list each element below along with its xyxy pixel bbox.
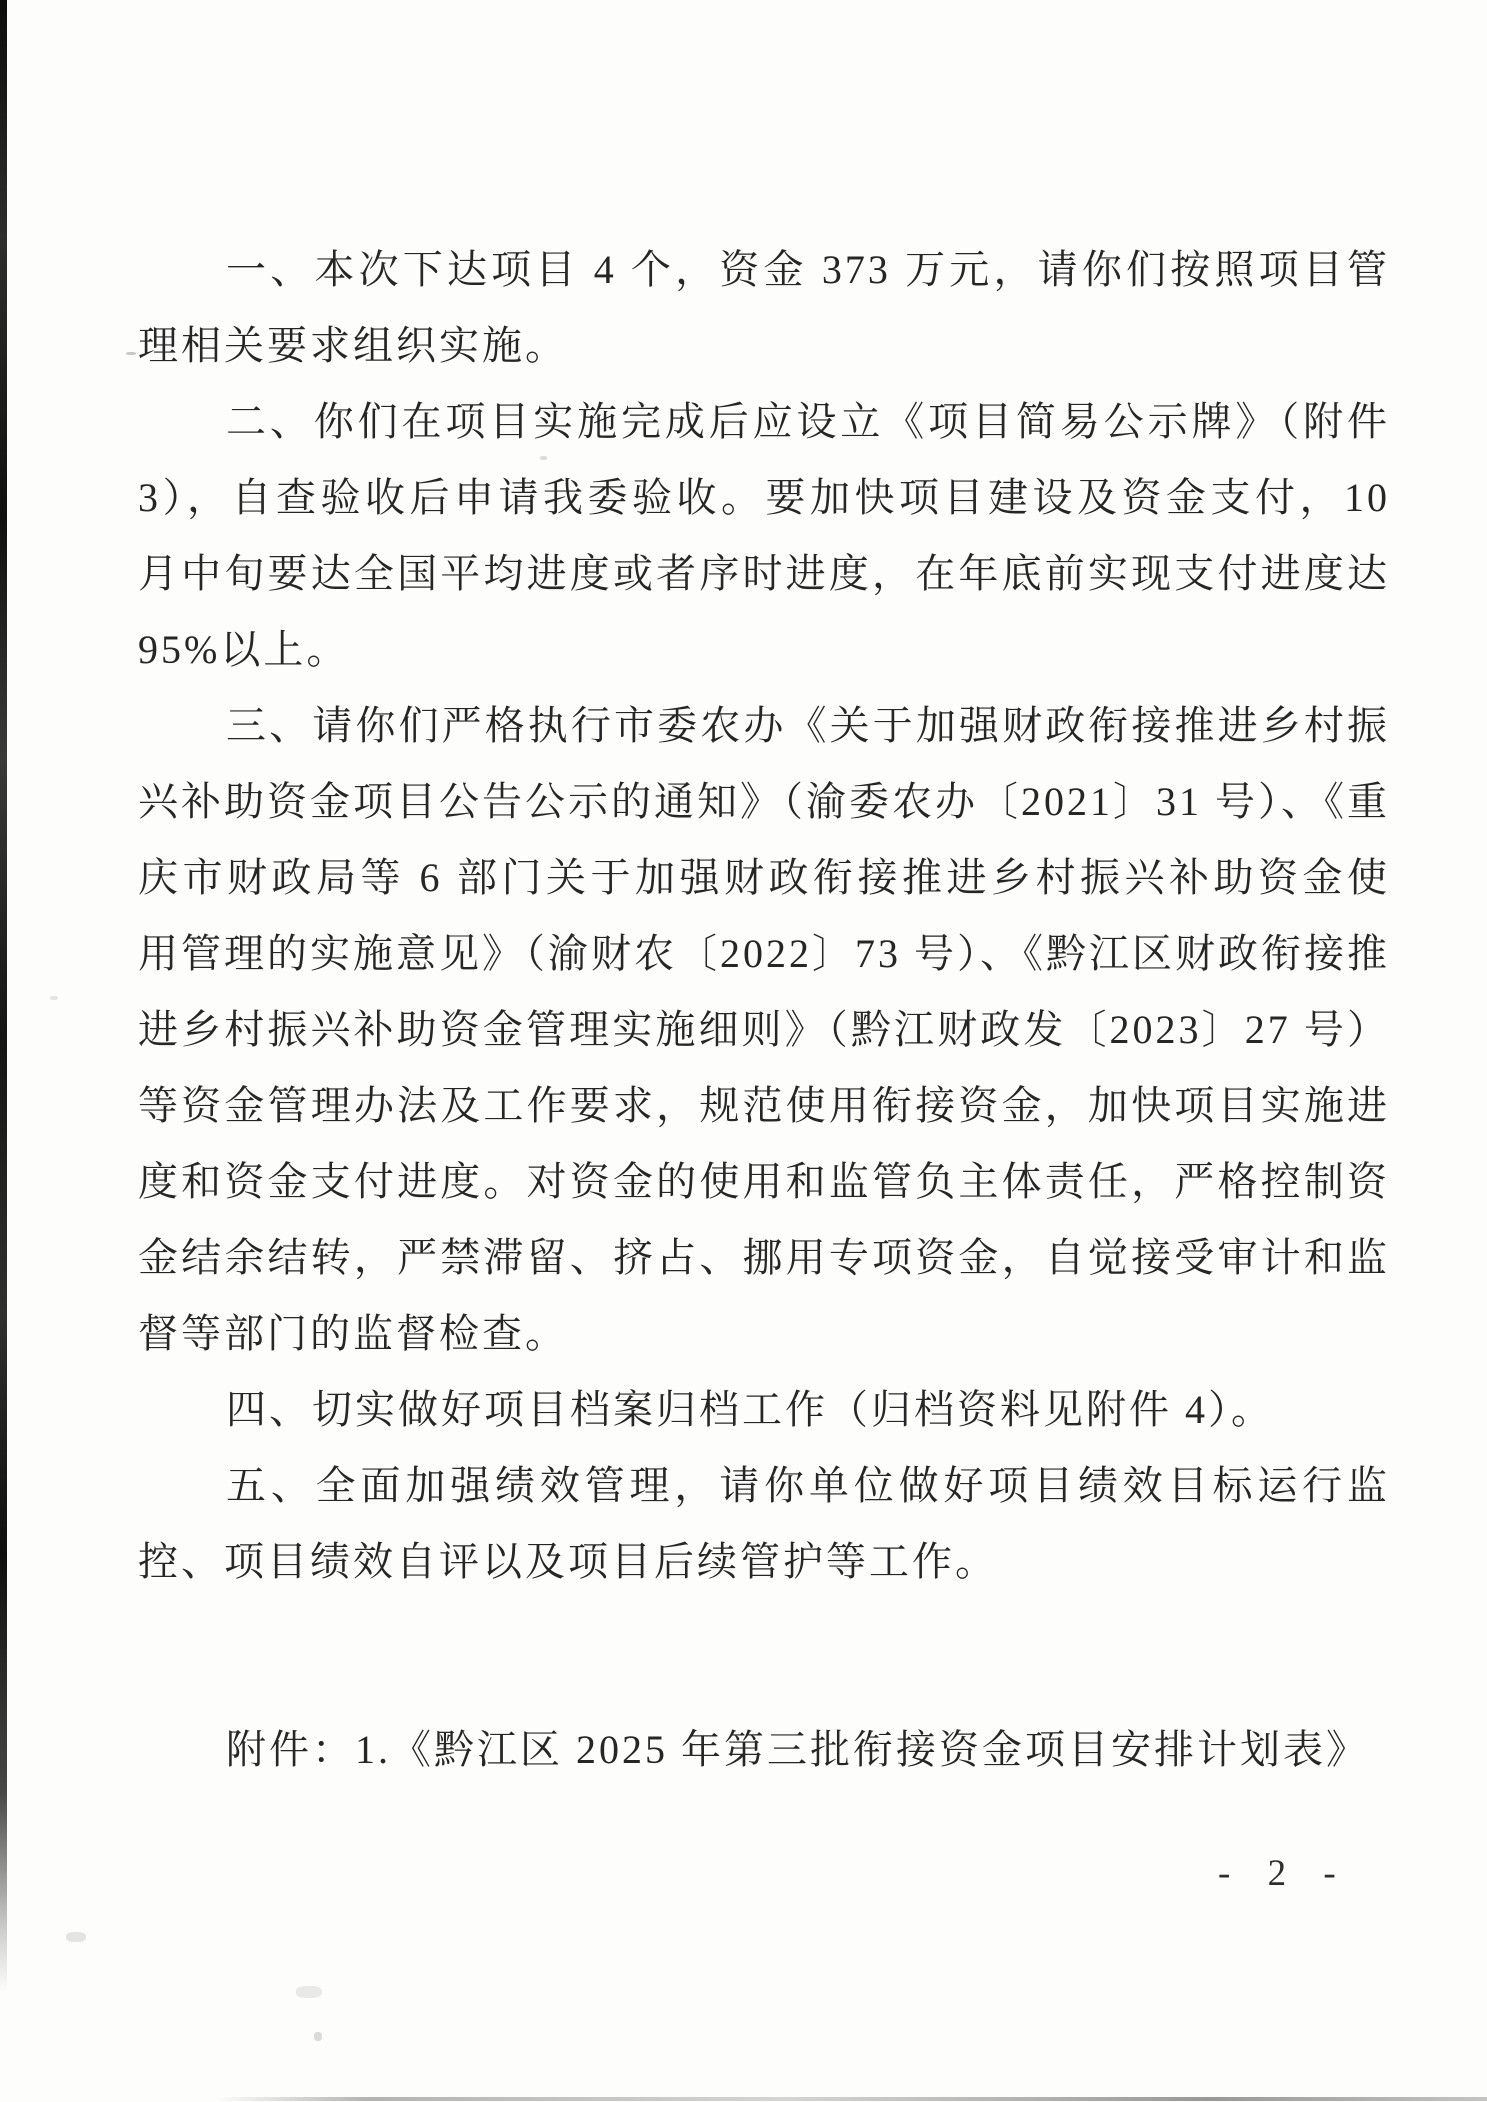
paragraph-3: 三、请你们严格执行市委农办《关于加强财政衔接推进乡村振兴补助资金项目公告公示的通… — [138, 688, 1390, 1372]
paragraph-4: 四、切实做好项目档案归档工作（归档资料见附件 4）。 — [138, 1372, 1390, 1448]
scan-bottom-streak-artifact — [215, 2097, 1487, 2101]
scan-edge-artifact — [0, 0, 7, 1992]
scan-smudge-artifact — [296, 1986, 322, 1998]
paragraph-2: 二、你们在项目实施完成后应设立《项目简易公示牌》（附件 3），自查验收后申请我委… — [138, 384, 1390, 688]
scanned-document-page: 一、本次下达项目 4 个，资金 373 万元，请你们按照项目管理相关要求组织实施… — [0, 0, 1487, 2102]
scan-smudge-artifact — [66, 1932, 86, 1942]
page-number: - 2 - — [1218, 1852, 1350, 1895]
paragraph-1: 一、本次下达项目 4 个，资金 373 万元，请你们按照项目管理相关要求组织实施… — [138, 232, 1390, 384]
scan-speck-artifact — [314, 2032, 322, 2041]
scan-speck-artifact — [126, 352, 136, 355]
scan-speck-artifact — [50, 996, 58, 1000]
paragraph-5: 五、全面加强绩效管理，请你单位做好项目绩效目标运行监控、项目绩效自评以及项目后续… — [138, 1448, 1390, 1600]
document-body: 一、本次下达项目 4 个，资金 373 万元，请你们按照项目管理相关要求组织实施… — [138, 232, 1390, 1600]
scan-speck-artifact — [540, 456, 547, 460]
attachment-line: 附件：1.《黔江区 2025 年第三批衔接资金项目安排计划表》 — [138, 1712, 1438, 1788]
